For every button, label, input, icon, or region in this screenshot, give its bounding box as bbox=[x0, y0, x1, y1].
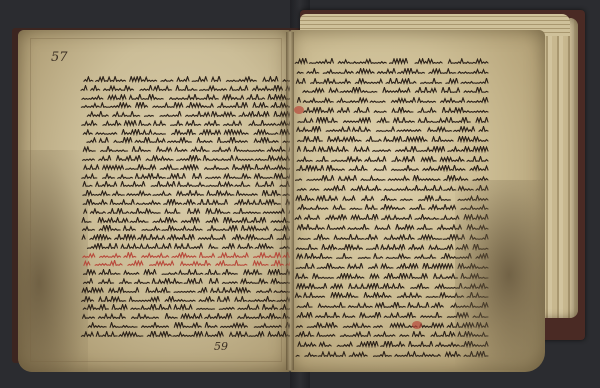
script-line bbox=[294, 283, 490, 290]
script-line bbox=[294, 204, 490, 211]
script-line bbox=[294, 165, 490, 172]
script-line bbox=[294, 214, 490, 221]
script-line bbox=[294, 175, 490, 182]
script-line bbox=[294, 292, 490, 299]
script-line bbox=[294, 331, 490, 338]
script-line bbox=[80, 111, 300, 118]
script-line bbox=[294, 224, 490, 231]
script-line bbox=[80, 322, 300, 329]
script-line bbox=[294, 107, 490, 114]
left-page: 57 59 bbox=[18, 30, 290, 372]
script-line bbox=[80, 155, 300, 162]
script-line bbox=[80, 296, 300, 303]
script-line bbox=[80, 173, 300, 180]
rubric-mark bbox=[294, 106, 304, 114]
script-line bbox=[80, 269, 300, 276]
script-line bbox=[294, 195, 490, 202]
script-line bbox=[294, 58, 490, 65]
script-line bbox=[80, 243, 300, 250]
left-text-block bbox=[80, 76, 300, 338]
script-line bbox=[294, 322, 490, 329]
script-line bbox=[294, 126, 490, 133]
script-line bbox=[80, 94, 300, 101]
script-line bbox=[294, 87, 490, 94]
rubric-mark bbox=[412, 321, 422, 329]
folio-number-top: 57 bbox=[51, 50, 68, 65]
script-line bbox=[80, 304, 300, 311]
script-line bbox=[294, 234, 490, 241]
book-gutter bbox=[286, 32, 294, 370]
script-line bbox=[80, 120, 300, 127]
script-line bbox=[80, 225, 300, 232]
script-line bbox=[294, 312, 490, 319]
script-line bbox=[80, 76, 300, 83]
script-line bbox=[80, 129, 300, 136]
script-line bbox=[80, 287, 300, 294]
script-line bbox=[294, 341, 490, 348]
script-line bbox=[294, 302, 490, 309]
folio-number-bottom: 59 bbox=[214, 340, 228, 353]
script-line bbox=[294, 263, 490, 270]
script-line bbox=[80, 199, 300, 206]
script-line bbox=[80, 208, 300, 215]
script-line bbox=[80, 181, 300, 188]
script-line bbox=[80, 313, 300, 320]
script-line bbox=[80, 260, 300, 267]
script-line bbox=[294, 185, 490, 192]
script-line bbox=[80, 102, 300, 109]
script-line bbox=[294, 273, 490, 280]
script-line bbox=[80, 85, 300, 92]
script-line bbox=[294, 244, 490, 251]
script-line bbox=[294, 146, 490, 153]
script-line bbox=[80, 190, 300, 197]
script-line bbox=[80, 252, 300, 259]
script-line bbox=[294, 156, 490, 163]
script-line bbox=[80, 278, 300, 285]
script-line bbox=[294, 97, 490, 104]
script-line bbox=[80, 164, 300, 171]
script-line bbox=[80, 217, 300, 224]
script-line bbox=[294, 351, 490, 358]
right-text-block bbox=[294, 58, 490, 358]
script-line bbox=[294, 78, 490, 85]
script-line bbox=[80, 331, 300, 338]
script-line bbox=[294, 117, 490, 124]
right-page bbox=[290, 30, 545, 372]
script-line bbox=[294, 253, 490, 260]
script-line bbox=[80, 234, 300, 241]
script-line bbox=[294, 68, 490, 75]
script-line bbox=[294, 136, 490, 143]
script-line bbox=[80, 146, 300, 153]
script-line bbox=[80, 137, 300, 144]
